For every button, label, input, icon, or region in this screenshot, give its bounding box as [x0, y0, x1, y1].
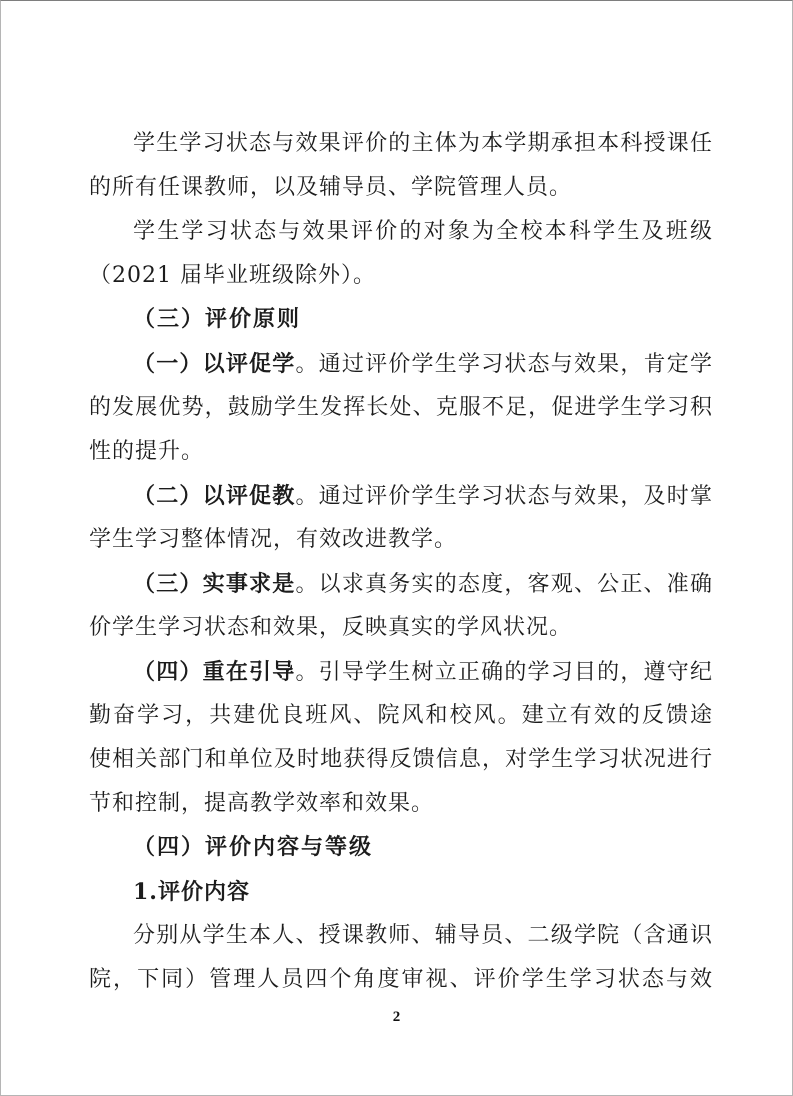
paragraph-line: 的发展优势，鼓励学生发挥长处、克服不足，促进学生学习积极 [89, 386, 713, 430]
principle-3-title: （三）实事求是 [133, 571, 295, 597]
paragraph-line: 院，下同）管理人员四个角度审视、评价学生学习状态与效果， [89, 958, 713, 1002]
paragraph-line: 学生学习状态与效果评价的主体为本学期承担本科授课任务 [89, 122, 713, 166]
section-heading-3: （三）评价原则 [89, 298, 713, 342]
paragraph-line: 节和控制，提高教学效率和效果。 [89, 782, 713, 826]
principle-line: （四）重在引导。引导学生树立正确的学习目的，遵守纪律， [89, 650, 713, 694]
principle-line: （一）以评促学。通过评价学生学习状态与效果，肯定学生 [89, 342, 713, 386]
paragraph-line: 学生学习整体情况，有效改进教学。 [89, 518, 713, 562]
paragraph-line: 使相关部门和单位及时地获得反馈信息，对学生学习状况进行调 [89, 738, 713, 782]
principle-2-title: （二）以评促教 [133, 483, 295, 509]
subsection-heading: 1.评价内容 [89, 870, 713, 914]
paragraph-line: （2021 届毕业班级除外）。 [89, 254, 713, 298]
document-page: 学生学习状态与效果评价的主体为本学期承担本科授课任务 的所有任课教师，以及辅导员… [0, 0, 793, 1096]
paragraph-line: 勤奋学习，共建优良班风、院风和校风。建立有效的反馈途径， [89, 694, 713, 738]
principle-3-separator: 。 [295, 572, 318, 597]
principle-1-separator: 。 [295, 352, 318, 377]
principle-1-title: （一）以评促学 [133, 351, 295, 377]
principle-2-separator: 。 [295, 484, 318, 509]
section-heading-4: （四）评价内容与等级 [89, 826, 713, 870]
paragraph-line: 性的提升。 [89, 430, 713, 474]
paragraph-line: 价学生学习状态和效果，反映真实的学风状况。 [89, 606, 713, 650]
principle-4-title: （四）重在引导 [133, 659, 295, 685]
principle-line: （三）实事求是。以求真务实的态度，客观、公正、准确评 [89, 562, 713, 606]
paragraph-line: 分别从学生本人、授课教师、辅导员、二级学院（含通识学 [89, 914, 713, 958]
principle-line: （二）以评促教。通过评价学生学习状态与效果，及时掌握 [89, 474, 713, 518]
document-body: 学生学习状态与效果评价的主体为本学期承担本科授课任务 的所有任课教师，以及辅导员… [89, 122, 713, 1002]
paragraph-line: 的所有任课教师，以及辅导员、学院管理人员。 [89, 166, 713, 210]
principle-4-separator: 。 [295, 660, 318, 685]
paragraph-line: 学生学习状态与效果评价的对象为全校本科学生及班级 [89, 210, 713, 254]
page-number: 2 [1, 1007, 792, 1027]
